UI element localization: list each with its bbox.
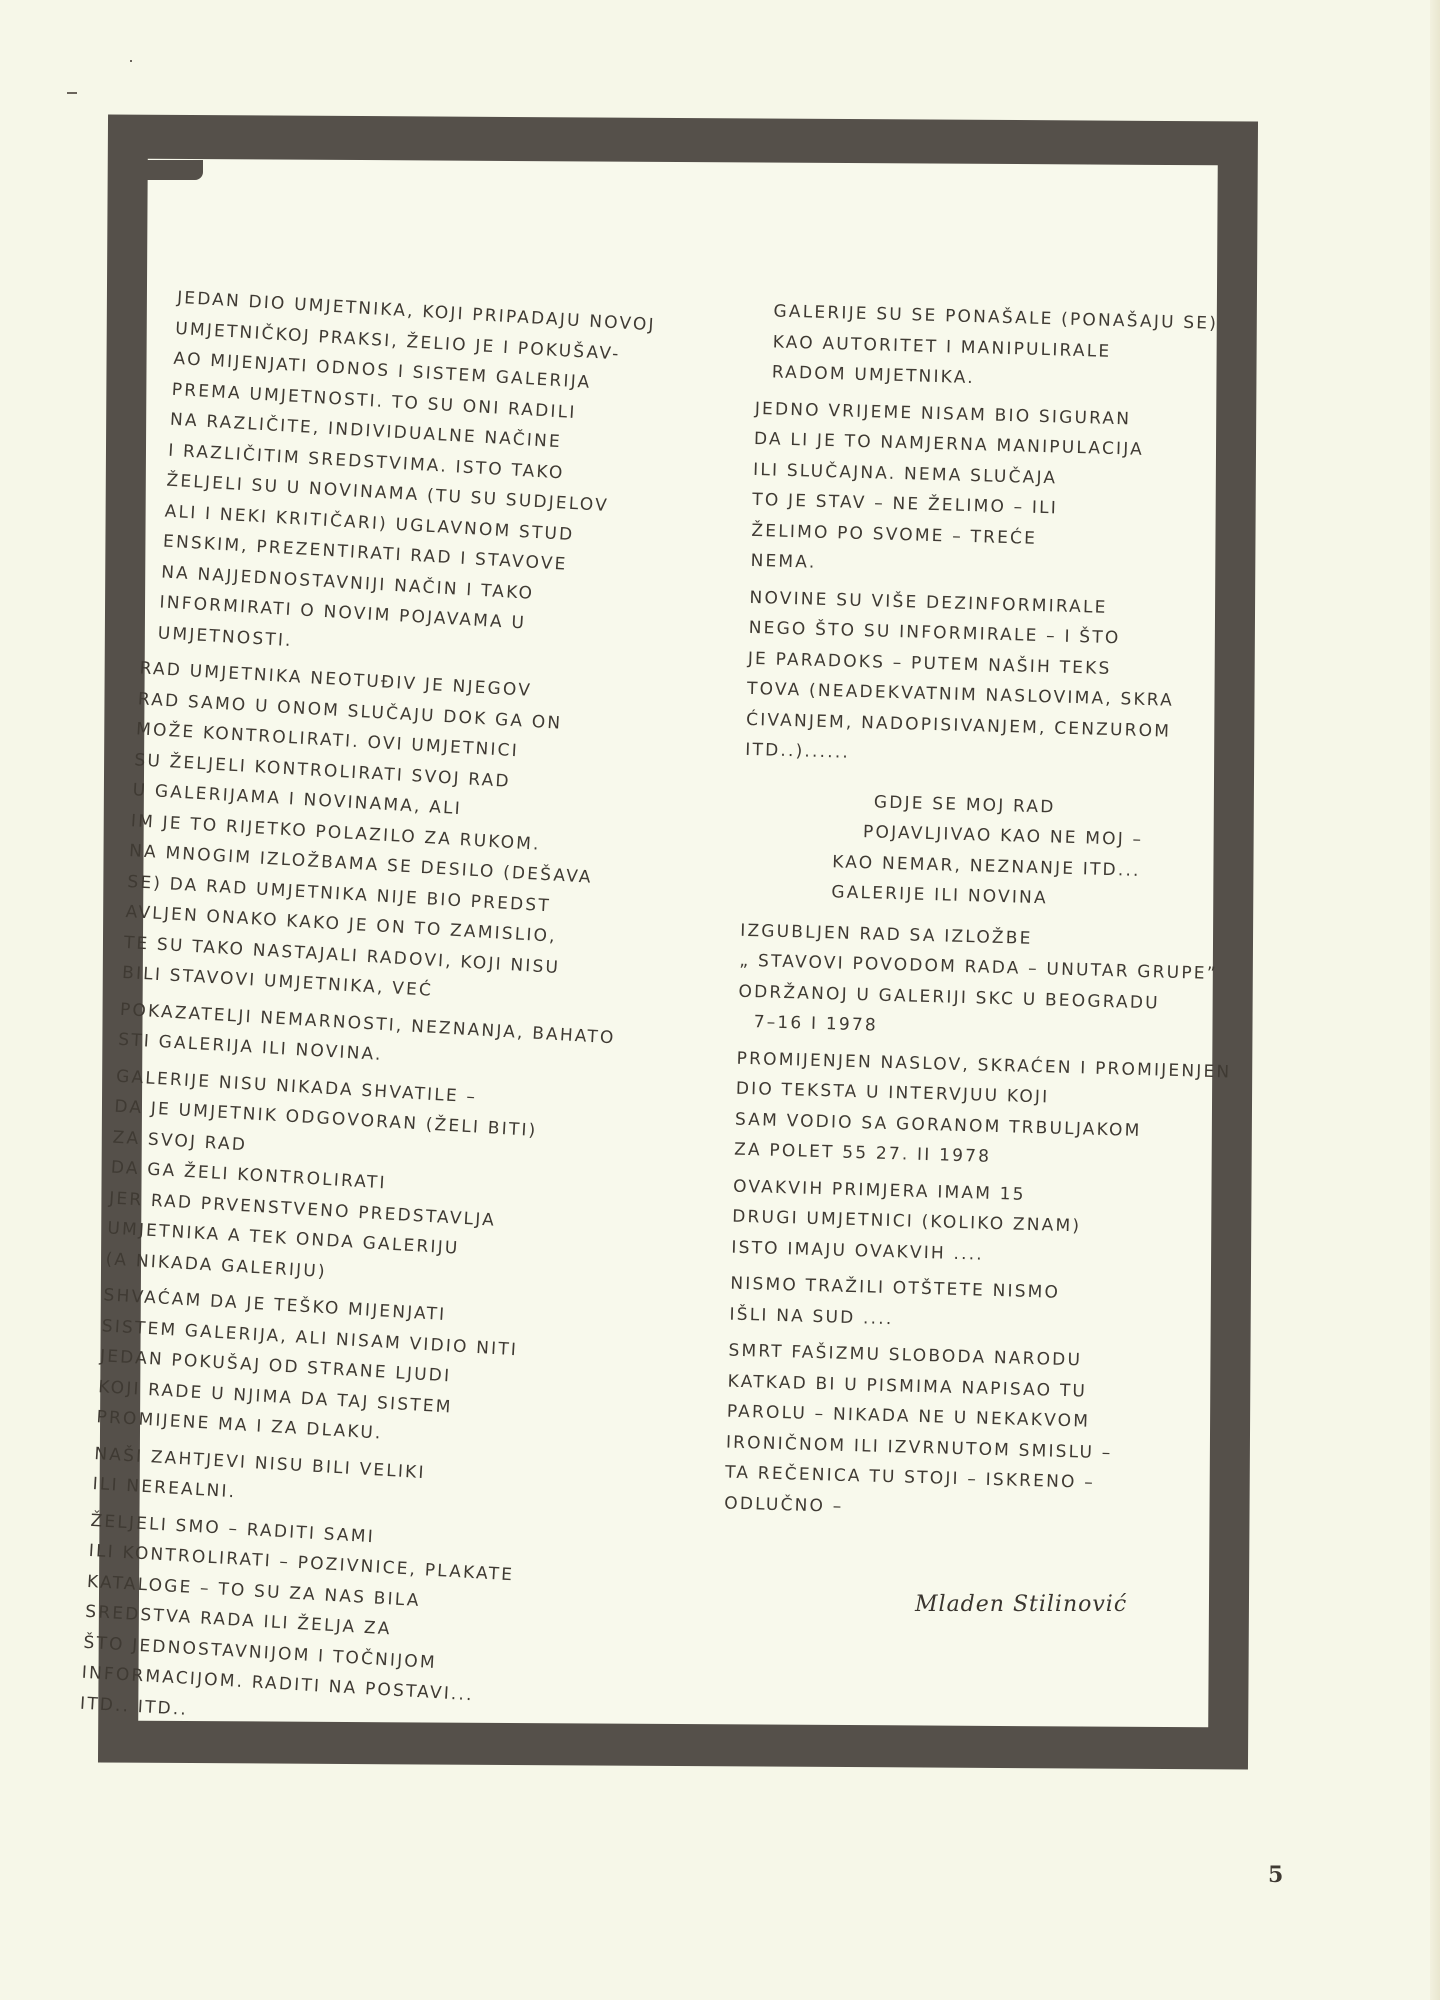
centered-note: GDJE SE MOJ RAD POJAVLJIVAO KAO NE MOJ –… bbox=[741, 783, 1244, 919]
paragraph: PROMIJENJEN NASLOV, SKRAĆEN I PROMIJENJE… bbox=[734, 1043, 1237, 1179]
paragraph: GALERIJE NISU NIKADA SHVATILE – DA JE UM… bbox=[105, 1061, 676, 1306]
paragraph: RAD UMJETNIKA NEOTUĐIV JE NJEGOV RAD SAM… bbox=[121, 653, 699, 1020]
print-speck bbox=[130, 60, 132, 62]
paragraph: SHVAĆAM DA JE TEŠKO MIJENJATI SISTEM GAL… bbox=[96, 1280, 664, 1464]
left-column: JEDAN DIO UMJETNIKA, KOJI PRIPADAJU NOVO… bbox=[79, 282, 721, 1757]
frame-brush-mark bbox=[143, 160, 203, 180]
paragraph: JEDAN DIO UMJETNIKA, KOJI PRIPADAJU NOVO… bbox=[141, 282, 721, 680]
page-edge bbox=[1430, 0, 1440, 2000]
page-number: 5 bbox=[1268, 1862, 1283, 1888]
paragraph: NOVINE SU VIŠE DEZINFORMIRALE NEGO ŠTO S… bbox=[745, 582, 1250, 779]
paragraph: GALERIJE SU SE PONAŠALE (PONAŠAJU SE) KA… bbox=[755, 296, 1257, 401]
author-signature: Mladen Stilinović bbox=[915, 1592, 1127, 1617]
right-column: GALERIJE SU SE PONAŠALE (PONAŠAJU SE) KA… bbox=[724, 296, 1258, 1538]
print-speck bbox=[67, 92, 77, 94]
paragraph: IZGUBLJEN RAD SA IZLOŽBE „ STAVOVI POVOD… bbox=[737, 915, 1240, 1051]
paragraph: NISMO TRAŽILI OTŠTETE NISMO IŠLI NA SUD … bbox=[729, 1269, 1231, 1344]
paragraph: OVAKVIH PRIMJERA IMAM 15 DRUGI UMJETNICI… bbox=[731, 1171, 1233, 1276]
paragraph: SMRT FAŠIZMU SLOBODA NARODU KATKAD BI U … bbox=[724, 1336, 1229, 1533]
paragraph: JEDNO VRIJEME NISAM BIO SIGURAN DA LI JE… bbox=[750, 393, 1255, 590]
paragraph: ŽELJELI SMO – RADITI SAMI ILI KONTROLIRA… bbox=[79, 1505, 650, 1750]
